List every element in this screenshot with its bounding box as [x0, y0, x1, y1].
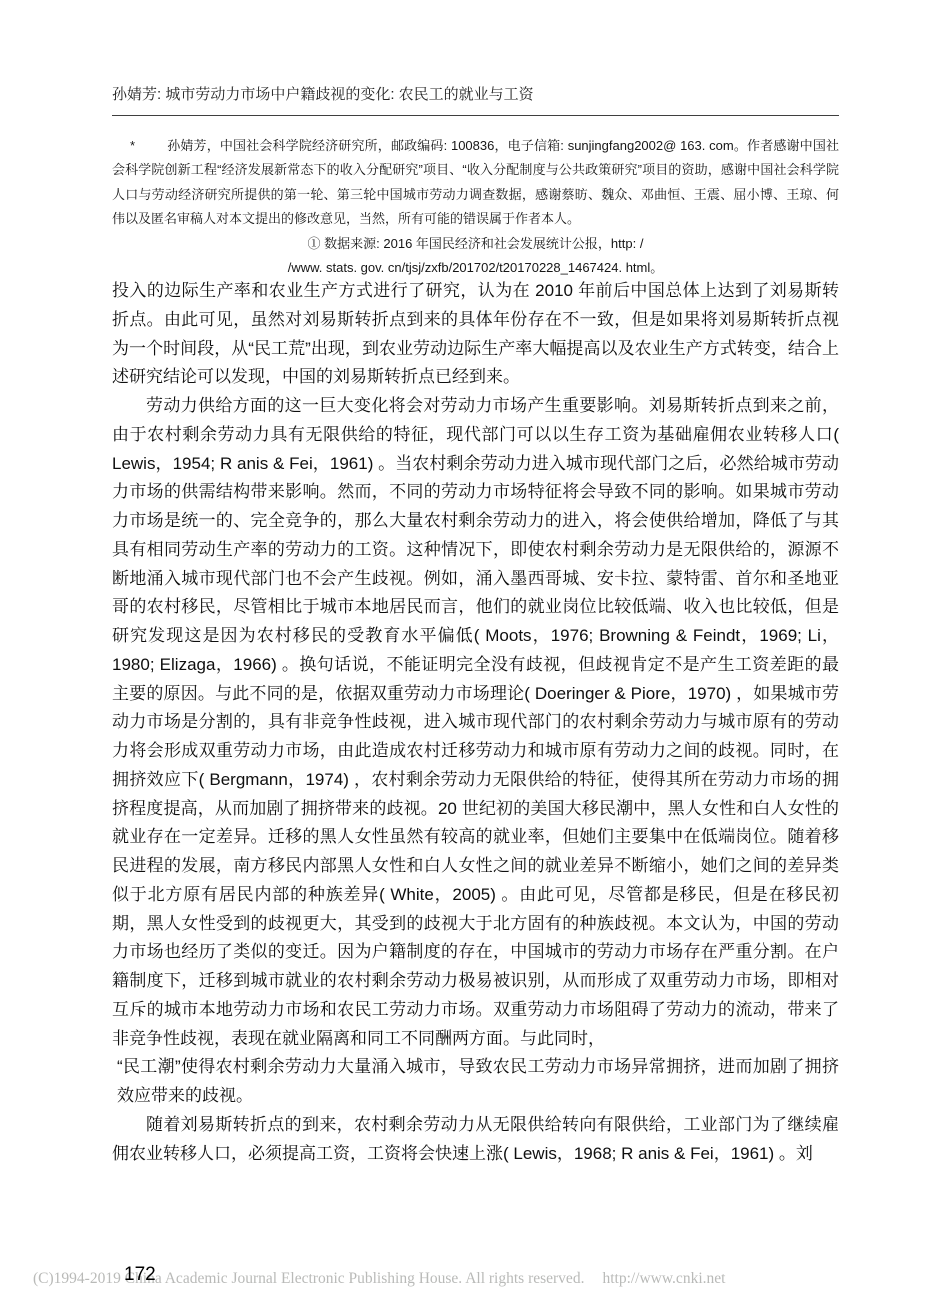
- header-divider: [112, 115, 839, 116]
- article-body: 投入的边际生产率和农业生产方式进行了研究，认为在 2010 年前后中国总体上达到…: [112, 277, 839, 1168]
- page-number: 172: [124, 1264, 156, 1285]
- copyright-text: (C)1994-2019 China Academic Journal Elec…: [33, 1270, 584, 1287]
- author-footnote-text: 孙婧芳，中国社会科学院经济研究所，邮政编码: 100836，电子信箱: sunj…: [112, 138, 839, 226]
- body-paragraph: 随着刘易斯转折点的到来，农村剩余劳动力从无限供给转向有限供给，工业部门为了继续雇…: [112, 1111, 839, 1169]
- journal-page: 孙婧芳: 城市劳动力市场中户籍歧视的变化: 农民工的就业与工资 *孙婧芳，中国社…: [0, 0, 950, 1290]
- running-head-title: 孙婧芳: 城市劳动力市场中户籍歧视的变化: 农民工的就业与工资: [112, 85, 839, 104]
- body-paragraph: “民工潮”使得农村剩余劳动力大量涌入城市，导致农民工劳动力市场异常拥挤，进而加剧…: [112, 1053, 839, 1111]
- author-footnote: *孙婧芳，中国社会科学院经济研究所，邮政编码: 100836，电子信箱: sun…: [112, 134, 839, 232]
- footnote-block: *孙婧芳，中国社会科学院经济研究所，邮政编码: 100836，电子信箱: sun…: [112, 134, 839, 280]
- body-paragraph: 投入的边际生产率和农业生产方式进行了研究，认为在 2010 年前后中国总体上达到…: [112, 277, 839, 392]
- footnote-asterisk-marker: *: [130, 138, 135, 153]
- cnki-url: http://www.cnki.net: [602, 1270, 725, 1287]
- body-paragraph: 劳动力供给方面的这一巨大变化将会对劳动力市场产生重要影响。刘易斯转折点到来之前，…: [112, 392, 839, 1053]
- footer-watermark: (C)1994-2019 China Academic Journal Elec…: [33, 1270, 943, 1288]
- data-source-footnote-line1: ① 数据来源: 2016 年国民经济和社会发展统计公报，http: /: [112, 232, 839, 256]
